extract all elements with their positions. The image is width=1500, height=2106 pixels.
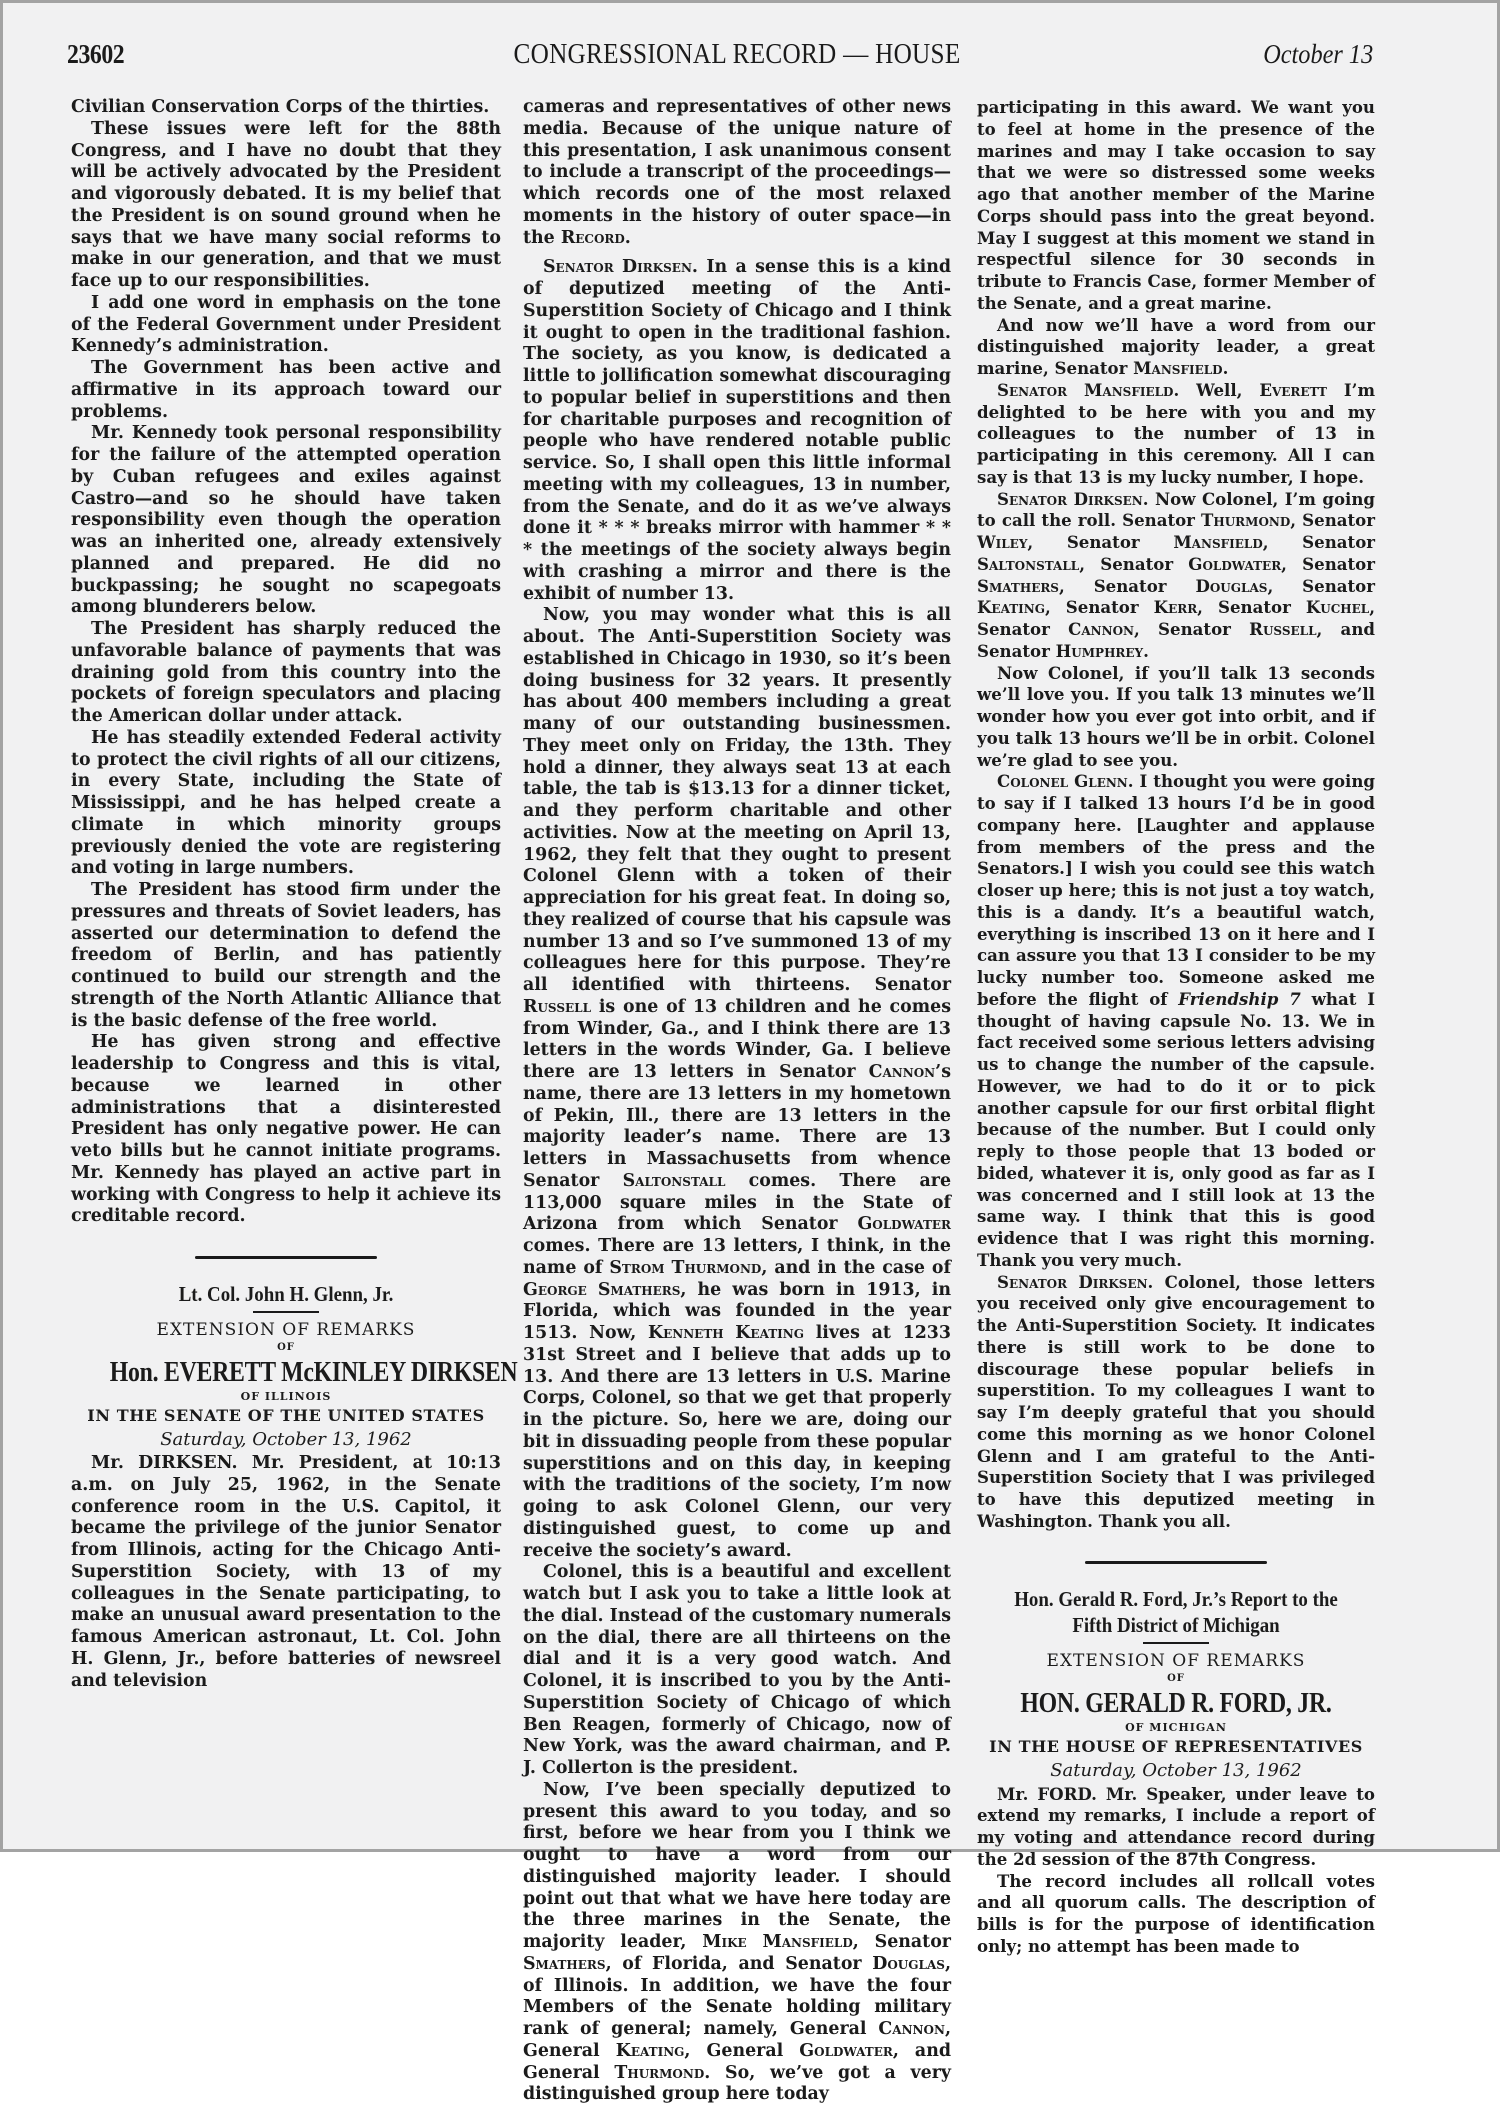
member-name-heading: Hon. EVERETT McKINLEY DIRKSEN [110, 1355, 463, 1389]
paragraph: Now Colonel, if you’ll talk 13 seconds w… [977, 663, 1375, 772]
paragraph: Now, you may wonder what this is all abo… [523, 605, 951, 1562]
speaker-name: Senator Mansfield. [997, 380, 1179, 400]
paragraph: Now, I’ve been specially deputized to pr… [523, 1780, 951, 1852]
section-divider [1085, 1561, 1267, 1564]
speaker-name: Senator Dirksen. [997, 489, 1149, 509]
speaker-name: Mr. DIRKSEN. [91, 1453, 238, 1473]
member-name-heading: HON. GERALD R. FORD, JR. [1013, 1686, 1339, 1720]
paragraph: cameras and representatives of other new… [523, 97, 951, 249]
of-label: OF [71, 1341, 501, 1355]
paragraph: And now we’ll have a word from our disti… [977, 315, 1375, 380]
paragraph: participating in this award. We want you… [977, 97, 1375, 315]
paragraph: Mr. FORD. Mr. Speaker, under leave to ex… [977, 1784, 1375, 1853]
paragraph: Mr. Kennedy took personal responsibility… [71, 423, 501, 619]
heading-rule [1143, 1642, 1209, 1644]
paragraph: Senator Dirksen. In a sense this is a ki… [523, 257, 951, 605]
speaker-name: Mr. FORD. [997, 1784, 1097, 1804]
paragraph: Senator Mansfield. Well, Everett I’m del… [977, 380, 1375, 489]
heading-rule [253, 1311, 319, 1313]
section-topic-heading: Hon. Gerald R. Ford, Jr.’s Report to the… [997, 1586, 1355, 1638]
chamber-label: IN THE HOUSE OF REPRESENTATIVES [977, 1736, 1375, 1758]
section-divider [195, 1256, 377, 1259]
paragraph: The President has sharply reduced the un… [71, 619, 501, 728]
session-date: Saturday, October 13, 1962 [71, 1427, 501, 1453]
journal-title: CONGRESSIONAL RECORD — HOUSE [494, 39, 980, 71]
column-1: Civilian Conservation Corps of the thirt… [71, 97, 501, 1692]
paragraph: Mr. DIRKSEN. Mr. President, at 10:13 a.m… [71, 1453, 501, 1692]
section-topic-heading: Lt. Col. John H. Glenn, Jr. [93, 1281, 480, 1307]
speaker-name: Colonel Glenn. [997, 771, 1134, 791]
speaker-name: Senator Dirksen. [543, 257, 698, 277]
paragraph: These issues were left for the 88th Cong… [71, 119, 501, 293]
speaker-name: Senator Dirksen. [997, 1272, 1153, 1292]
paragraph: Senator Dirksen. Colonel, those letters … [977, 1272, 1375, 1533]
member-state: OF ILLINOIS [71, 1389, 501, 1405]
extension-of-remarks-label: EXTENSION OF REMARKS [977, 1650, 1375, 1672]
paragraph: The Government has been active and affir… [71, 358, 501, 423]
paragraph: He has steadily extended Federal activit… [71, 728, 501, 880]
paragraph: Colonel, this is a beautiful and excelle… [523, 1562, 951, 1780]
member-state: OF MICHIGAN [977, 1720, 1375, 1736]
of-label: OF [977, 1672, 1375, 1686]
paragraph: He has given strong and effective leader… [71, 1032, 501, 1228]
session-date: Saturday, October 13, 1962 [977, 1758, 1375, 1784]
page-number: 23602 [67, 39, 124, 70]
paragraph: The President has stood firm under the p… [71, 880, 501, 1032]
paragraph: I add one word in emphasis on the tone o… [71, 293, 501, 358]
extension-of-remarks-label: EXTENSION OF REMARKS [71, 1319, 501, 1341]
paragraph: Civilian Conservation Corps of the thirt… [71, 97, 501, 119]
chamber-label: IN THE SENATE OF THE UNITED STATES [71, 1405, 501, 1427]
column-2: cameras and representatives of other new… [523, 97, 951, 1852]
running-head: 23602 CONGRESSIONAL RECORD — HOUSE Octob… [67, 39, 1367, 79]
paragraph: Senator Dirksen. Now Colonel, I’m going … [977, 489, 1375, 663]
paragraph: Colonel Glenn. I thought you were going … [977, 771, 1375, 1271]
column-3: participating in this award. We want you… [977, 97, 1375, 1852]
congressional-record-page: 23602 CONGRESSIONAL RECORD — HOUSE Octob… [0, 0, 1500, 1852]
issue-date: October 13 [1263, 39, 1373, 70]
